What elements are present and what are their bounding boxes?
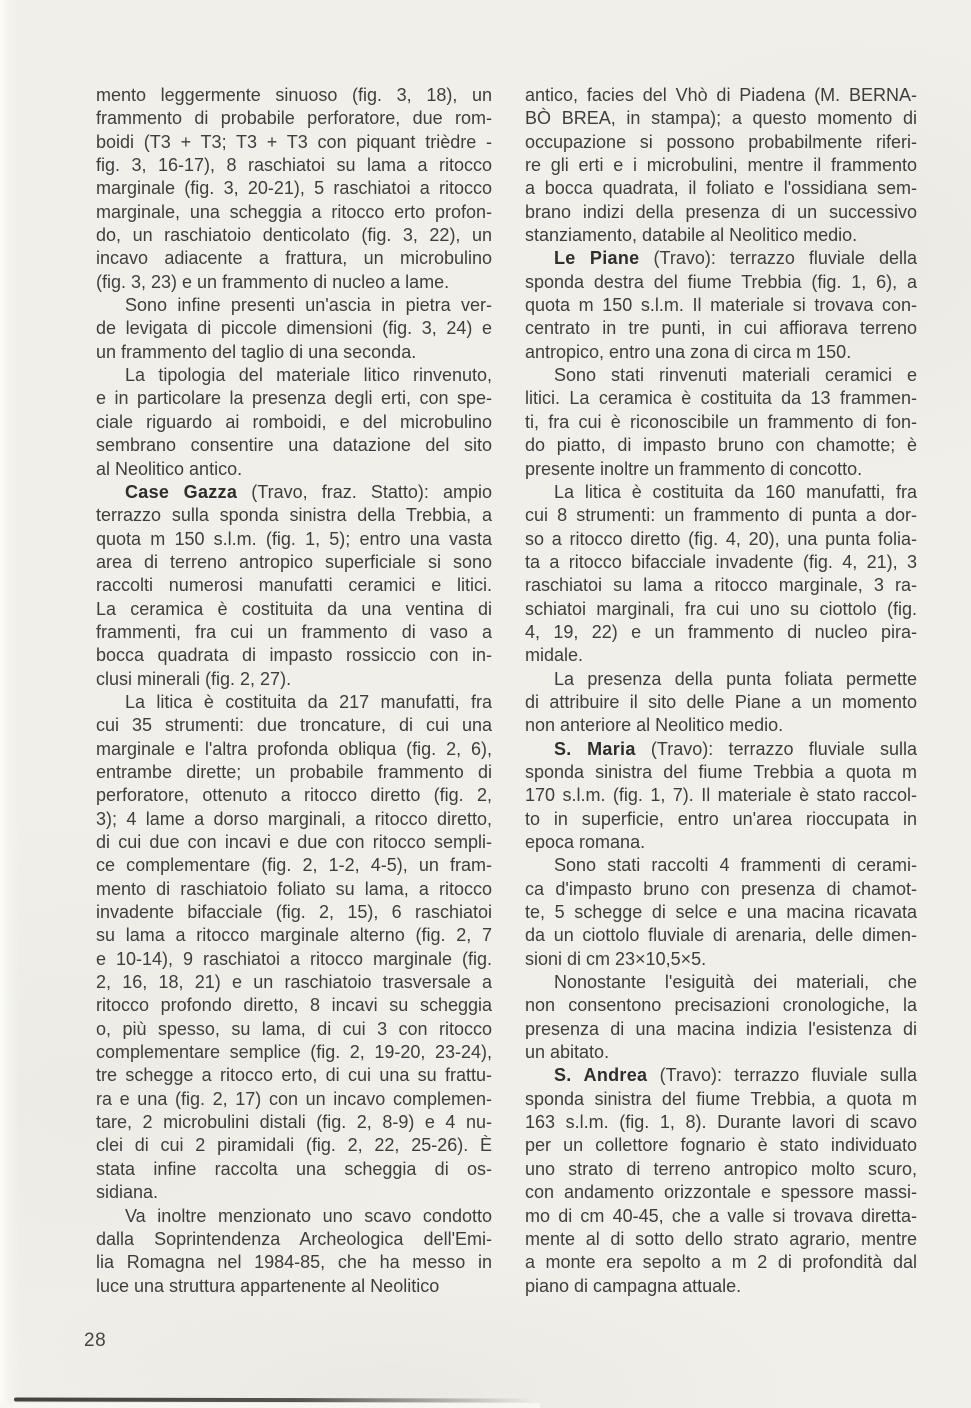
text-line: sidiana. xyxy=(96,1181,492,1204)
text-line: stata infine raccolta una scheggia di os… xyxy=(96,1158,492,1181)
text-line: a bocca quadrata, il foliato e l'ossidia… xyxy=(525,177,917,200)
text-line: brano indizi della presenza di un succes… xyxy=(525,201,917,224)
text-line: ritocco profondo diretto, 8 incavi su sc… xyxy=(96,994,492,1017)
text-line: mente al di sotto dello strato agrario, … xyxy=(525,1228,917,1251)
text-line: sioni di cm 23×10,5×5. xyxy=(525,948,917,971)
text-line: centrato in tre punti, in cui affiorava … xyxy=(525,317,917,340)
text-line: marginale (fig. 3, 20-21), 5 raschiatoi … xyxy=(96,177,492,200)
text-line: de levigata di piccole dimensioni (fig. … xyxy=(96,317,492,340)
text-line: e 10-14), 9 raschiatoi a ritocco margina… xyxy=(96,948,492,971)
text-line: frammenti, fra cui un frammento di vaso … xyxy=(96,621,492,644)
text-line: ciale riguardo ai romboidi, e del microb… xyxy=(96,411,492,434)
text-column-right: antico, facies del Vhò di Piadena (M. BE… xyxy=(525,84,917,1298)
text-line: mo di cm 40-45, che a valle si trovava d… xyxy=(525,1205,917,1228)
text-line: to in superficie, entro un'area rioccupa… xyxy=(525,808,917,831)
text-line: cui 8 strumenti: un frammento di punta a… xyxy=(525,504,917,527)
text-line: area di terreno antropico superficiale s… xyxy=(96,551,492,574)
text-line: Sono infine presenti un'ascia in pietra … xyxy=(96,294,492,317)
text-line: Le Piane (Travo): terrazzo fluviale dell… xyxy=(525,247,917,270)
text-line: invadente bifacciale (fig. 2, 15), 6 ras… xyxy=(96,901,492,924)
text-line: Va inoltre menzionato uno scavo condotto xyxy=(96,1205,492,1228)
text-line: presenza di una macina indizia l'esisten… xyxy=(525,1018,917,1041)
text-line: al Neolitico antico. xyxy=(96,458,492,481)
text-line: con andamento orizzontale e spessore mas… xyxy=(525,1181,917,1204)
text-line: sponda sinistra del fiume Trebbia a quot… xyxy=(525,761,917,784)
text-line: clusi minerali (fig. 2, 27). xyxy=(96,668,492,691)
text-line: non anteriore al Neolitico medio. xyxy=(525,714,917,737)
text-line: quota m 150 s.l.m. (fig. 1, 5); entro un… xyxy=(96,528,492,551)
text-line: occupazione si possono probabilmente rif… xyxy=(525,131,917,154)
text-line: complementare semplice (fig. 2, 19-20, 2… xyxy=(96,1041,492,1064)
text-line: marginale, una scheggia a ritocco erto p… xyxy=(96,201,492,224)
text-line: litici. La ceramica è costituita da 13 f… xyxy=(525,387,917,410)
text-line: ta a ritocco bifacciale invadente (fig. … xyxy=(525,551,917,574)
text-line: Case Gazza (Travo, fraz. Statto): ampio xyxy=(96,481,492,504)
text-line: raschiatoi su lama a ritocco marginale, … xyxy=(525,574,917,597)
text-line: tre schegge a ritocco erto, di cui una s… xyxy=(96,1064,492,1087)
text-line: incavo adiacente a frattura, un microbul… xyxy=(96,247,492,270)
text-line: sponda destra del fiume Trebbia (fig. 1,… xyxy=(525,271,917,294)
text-line: tare, 2 microbulini distali (fig. 2, 8-9… xyxy=(96,1111,492,1134)
text-line: per un collettore fognario è stato indiv… xyxy=(525,1134,917,1157)
text-line: 3); 4 lame a dorso marginali, a ritocco … xyxy=(96,808,492,831)
text-line: ra e una (fig. 2, 17) con un incavo comp… xyxy=(96,1088,492,1111)
text-line: Nonostante l'esiguità dei materiali, che xyxy=(525,971,917,994)
text-line: di cui due con incavi e due con ritocco … xyxy=(96,831,492,854)
text-line: S. Andrea (Travo): terrazzo fluviale sul… xyxy=(525,1064,917,1087)
text-line: a monte era sepolto a m 2 di profondità … xyxy=(525,1251,917,1274)
text-line: ti, fra cui è riconoscibile un frammento… xyxy=(525,411,917,434)
text-line: sponda sinistra del fiume Trebbia, a quo… xyxy=(525,1088,917,1111)
text-line: mento leggermente sinuoso (fig. 3, 18), … xyxy=(96,84,492,107)
text-line: marginale e l'altra profonda obliqua (fi… xyxy=(96,738,492,761)
text-line: quota m 150 s.l.m. Il materiale si trova… xyxy=(525,294,917,317)
text-line: midale. xyxy=(525,644,917,667)
text-line: un frammento del taglio di una seconda. xyxy=(96,341,492,364)
text-line: stanziamento, databile al Neolitico medi… xyxy=(525,224,917,247)
text-line: frammento di probabile perforatore, due … xyxy=(96,107,492,130)
text-line: uno strato di terreno antropico molto sc… xyxy=(525,1158,917,1181)
text-line: Sono stati raccolti 4 frammenti di ceram… xyxy=(525,854,917,877)
text-line: 170 s.l.m. (fig. 1, 7). Il materiale è s… xyxy=(525,784,917,807)
text-line: epoca romana. xyxy=(525,831,917,854)
scan-bottom-edge-line xyxy=(14,1397,534,1402)
text-line: sembrano consentire una datazione del si… xyxy=(96,434,492,457)
text-line: fig. 3, 16-17), 8 raschiatoi su lama a r… xyxy=(96,154,492,177)
text-line: re gli erti e i microbulini, mentre il f… xyxy=(525,154,917,177)
text-line: un abitato. xyxy=(525,1041,917,1064)
text-line: di attribuire il sito delle Piane a un m… xyxy=(525,691,917,714)
text-line: BÒ BREA, in stampa); a questo momento di xyxy=(525,107,917,130)
page-number: 28 xyxy=(84,1330,106,1352)
text-line: entrambe dirette; un probabile frammento… xyxy=(96,761,492,784)
text-line: mento di raschiatoio foliato su lama, a … xyxy=(96,878,492,901)
text-line: 163 s.l.m. (fig. 1, 8). Durante lavori d… xyxy=(525,1111,917,1134)
text-line: La litica è costituita da 160 manufatti,… xyxy=(525,481,917,504)
text-line: o, più spesso, su lama, di cui 3 con rit… xyxy=(96,1018,492,1041)
text-line: dalla Soprintendenza Archeologica dell'E… xyxy=(96,1228,492,1251)
text-line: bocca quadrata di impasto rossiccio con … xyxy=(96,644,492,667)
text-line: presente inoltre un frammento di concott… xyxy=(525,458,917,481)
text-line: piano di campagna attuale. xyxy=(525,1275,917,1298)
text-line: 2, 16, 18, 21) e un raschiatoio trasvers… xyxy=(96,971,492,994)
text-line: Sono stati rinvenuti materiali ceramici … xyxy=(525,364,917,387)
text-line: antropico, entro una zona di circa m 150… xyxy=(525,341,917,364)
text-line: do, un raschiatoio denticolato (fig. 3, … xyxy=(96,224,492,247)
text-line: La ceramica è costituita da una ventina … xyxy=(96,598,492,621)
text-line: te, 5 schegge di selce e una macina rica… xyxy=(525,901,917,924)
text-line: da un ciottolo fluviale di arenaria, del… xyxy=(525,924,917,947)
text-line: La presenza della punta foliata permette xyxy=(525,668,917,691)
scan-bottom-edge-highlight xyxy=(0,1403,540,1408)
text-line: antico, facies del Vhò di Piadena (M. BE… xyxy=(525,84,917,107)
text-line: boidi (T3 + T3; T3 + T3 con piquant triè… xyxy=(96,131,492,154)
text-line: clei di cui 2 piramidali (fig. 2, 22, 25… xyxy=(96,1134,492,1157)
text-line: e in particolare la presenza degli erti,… xyxy=(96,387,492,410)
text-line: schiatoi marginali, fra cui uno su ciott… xyxy=(525,598,917,621)
text-line: raccolti numerosi manufatti ceramici e l… xyxy=(96,574,492,597)
text-line: S. Maria (Travo): terrazzo fluviale sull… xyxy=(525,738,917,761)
text-line: do piatto, di impasto bruno con chamotte… xyxy=(525,434,917,457)
scanned-page: mento leggermente sinuoso (fig. 3, 18), … xyxy=(0,0,971,1408)
text-line: 4, 19, 22) e un frammento di nucleo pira… xyxy=(525,621,917,644)
text-line: su lama a ritocco marginale alterno (fig… xyxy=(96,924,492,947)
text-line: so a ritocco diretto (fig. 4, 20), una p… xyxy=(525,528,917,551)
scan-left-edge-shadow xyxy=(0,0,20,1408)
text-line: luce una struttura appartenente al Neoli… xyxy=(96,1275,492,1298)
text-line: ca d'impasto bruno con presenza di chamo… xyxy=(525,878,917,901)
text-line: La litica è costituita da 217 manufatti,… xyxy=(96,691,492,714)
text-column-left: mento leggermente sinuoso (fig. 3, 18), … xyxy=(96,84,492,1298)
text-line: (fig. 3, 23) e un frammento di nucleo a … xyxy=(96,271,492,294)
text-line: non consentono precisazioni cronologiche… xyxy=(525,994,917,1017)
text-line: perforatore, ottenuto a ritocco diretto … xyxy=(96,784,492,807)
text-line: La tipologia del materiale litico rinven… xyxy=(96,364,492,387)
text-line: lia Romagna nel 1984-85, che ha messo in xyxy=(96,1251,492,1274)
text-line: cui 35 strumenti: due troncature, di cui… xyxy=(96,714,492,737)
text-line: ce complementare (fig. 2, 1-2, 4-5), un … xyxy=(96,854,492,877)
text-line: terrazzo sulla sponda sinistra della Tre… xyxy=(96,504,492,527)
